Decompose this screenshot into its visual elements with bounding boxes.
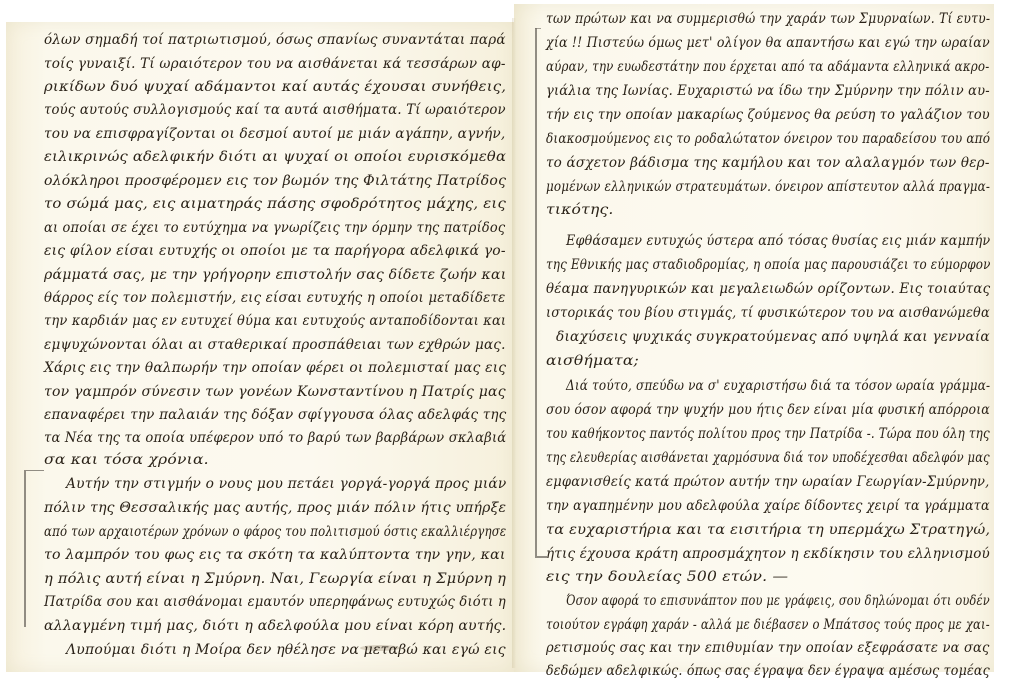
right-manuscript-line: το άσχετον βάδισμα της καμήλου και τον α… <box>546 157 990 171</box>
left-manuscript-line: η πόλις αυτή είναι η Σμύρνη. Ναι, Γεωργί… <box>44 573 506 587</box>
left-manuscript-line: τούς αυτούς συλλογισμούς καί τα αυτά αισ… <box>44 104 506 118</box>
right-manuscript-line: ιστορικάς του βίου στιγμάς, τί φυσικώτερ… <box>546 307 990 321</box>
right-manuscript-line: αισθήματα; <box>546 355 639 369</box>
right-manuscript-line: ήτις έχουσα κράτη απροσμάχητον η εκδίκησ… <box>546 548 990 562</box>
right-manuscript-line: την αγαπημένην μου αδελφούλα χαίρε δίδον… <box>546 500 990 514</box>
right-manuscript-line: της ελευθερίας αισθάνεται χαρμόσυνα διά … <box>546 452 990 466</box>
left-manuscript-line: εις φίλον είσαι ευτυχής οι οποίοι με τα … <box>44 245 506 259</box>
right-manuscript-line: της Εθνικής μας σταδιοδρομίας, η οποία μ… <box>546 259 991 273</box>
right-manuscript-line: Όσον αφορά το επισυνάπτον που με γράφεις… <box>566 595 990 609</box>
left-manuscript-line: ρικίδων δυό ψυχαί αδάμαντοι καί αυτάς έχ… <box>44 81 506 95</box>
right-manuscript-line: θέαμα πανηγυρικών και μεγαλειωδών ορίζον… <box>546 283 990 297</box>
right-manuscript-line: διακοσμούμενος εις το ροδαλώτατον όνειρο… <box>546 133 990 147</box>
left-manuscript-line: Πατρίδα σου και αισθάνομαι εμαυτόν υπερη… <box>44 596 506 610</box>
right-manuscript-line: αύραν, την ευωδεστάτην που έρχεται από τ… <box>546 61 989 75</box>
right-manuscript-line: διαχύσεις ψυχικάς συγκρατούμενας από υψη… <box>556 331 990 345</box>
right-manuscript-line: Εφθάσαμεν ευτυχώς ύστερα από τόσας θυσία… <box>566 235 990 249</box>
right-manuscript-line: χία !! Πιστεύω όμως μετ' ολίγον θα απαντ… <box>546 37 990 51</box>
left-manuscript-line: όλων σημαδή τοί πατριωτισμού, όσως σπανί… <box>44 34 506 48</box>
right-manuscript-line: τήν εις την οποίαν μακαρίως ζούμενος θα … <box>546 109 990 123</box>
left-manuscript-line: πόλιν της Θεσσαλικής μας αυτής, προς μιά… <box>44 502 506 516</box>
left-manuscript-line: σα και τόσα χρόνια. <box>44 454 209 468</box>
right-margin-bracket-cap <box>535 28 541 29</box>
right-manuscript-line: γιάλια της Ιωνίας. Ευχαριστώ να ίδω την … <box>546 85 990 99</box>
right-manuscript-line: μομένων ελληνικών στρατευμάτων. όνειρον … <box>546 181 990 195</box>
right-manuscript-line: δεδώμεν αδελφικώς. όπως σας έγραψα δεν έ… <box>546 665 990 679</box>
left-manuscript-line: τα Νέα της τα οποία υπέφερον υπό το βαρύ… <box>44 432 506 446</box>
left-manuscript-line: τοίς γυναιξί. Τί ωραιότερον του να αισθά… <box>44 58 506 72</box>
left-manuscript-line: αλλαγμένη τιμή μας, διότι η αδελφούλα μο… <box>44 620 506 634</box>
right-manuscript-line: εις την δουλείας 500 ετών. — <box>546 571 788 585</box>
manuscript-spread: όλων σημαδή τοί πατριωτισμού, όσως σπανί… <box>0 0 1024 680</box>
left-manuscript-line: τον γαμπρόν σύνεσιν των γονέων Κωνσταντί… <box>44 386 506 400</box>
left-manuscript-line: του να επισφραγίζονται οι δεσμοί αυτοί μ… <box>44 128 505 142</box>
right-manuscript-line: ρετισμούς σας και την επιθυμίαν την οποί… <box>546 642 990 656</box>
left-manuscript-line: ειλικρινώς αδελφικήν διότι αι ψυχαί οι ο… <box>44 151 506 165</box>
left-margin-bracket <box>24 470 44 627</box>
left-manuscript-line: θάρρος είς τον πολεμιστήν, εις είσαι ευτ… <box>44 292 505 306</box>
right-manuscript-line: Διά τούτο, σπεύδω να σ' ευχαριστήσω διά … <box>566 380 990 394</box>
left-manuscript-line: το σώμά μας, εις αιματηράς πάσης σφοδρότ… <box>44 198 506 212</box>
left-manuscript-line: από των αρχαιοτέρων χρόνων ο φάρος του π… <box>44 526 506 540</box>
right-manuscript-line: του καθήκοντος παντός πολίτου προς την Π… <box>546 428 990 442</box>
right-manuscript-line: σου όσον αφορά την ψυχήν μου ήτις δεν εί… <box>546 404 990 418</box>
right-manuscript-line: των πρώτων και να συμμερισθώ την χαράν τ… <box>546 13 990 27</box>
page-gutter <box>512 18 516 668</box>
left-manuscript-line: εμψυχώνονται όλαι αι σταθερικαί προσπάθε… <box>44 339 506 353</box>
left-manuscript-line: ράμματά σας, με την γρήγορην επιστολήν σ… <box>44 269 506 283</box>
left-manuscript-line: Χάρις εις την θαλπωρήν την οποίαν φέρει … <box>44 362 506 376</box>
right-manuscript-line: τα ευχαριστήρια και τα εισιτήρια τη υπερ… <box>546 524 990 538</box>
left-manuscript-line: το λαμπρόν του φως εις τα σκότη τα καλύπ… <box>44 549 506 563</box>
left-manuscript-line: ολόκληροι προσφέρομεν εις τον βωμόν της … <box>44 175 506 189</box>
left-manuscript-line: αι οποίαι σε έχει το ευτύχημα να γνωρίζε… <box>44 222 505 236</box>
right-manuscript-line: εμφανισθείς κατά πρώτον αυτήν την ωραίαν… <box>546 476 990 490</box>
right-manuscript-line: τοιούτον εγράφη χαράν - αλλά με διέβασεν… <box>546 619 990 633</box>
left-manuscript-line: Λυπούμαι διότι η Μοίρα δεν ηθέλησε να με… <box>66 644 506 658</box>
right-manuscript-line: τικότης. <box>546 204 614 218</box>
left-manuscript-line: την καρδιάν μας εν ευτυχεί θύμα και ευτυ… <box>44 315 506 329</box>
left-manuscript-line: επαναφέρει την παλαιάν της δόξαν σφίγγου… <box>44 409 506 423</box>
left-manuscript-line: Αυτήν την στιγμήν ο νους μου πετάει γοργ… <box>66 478 506 492</box>
